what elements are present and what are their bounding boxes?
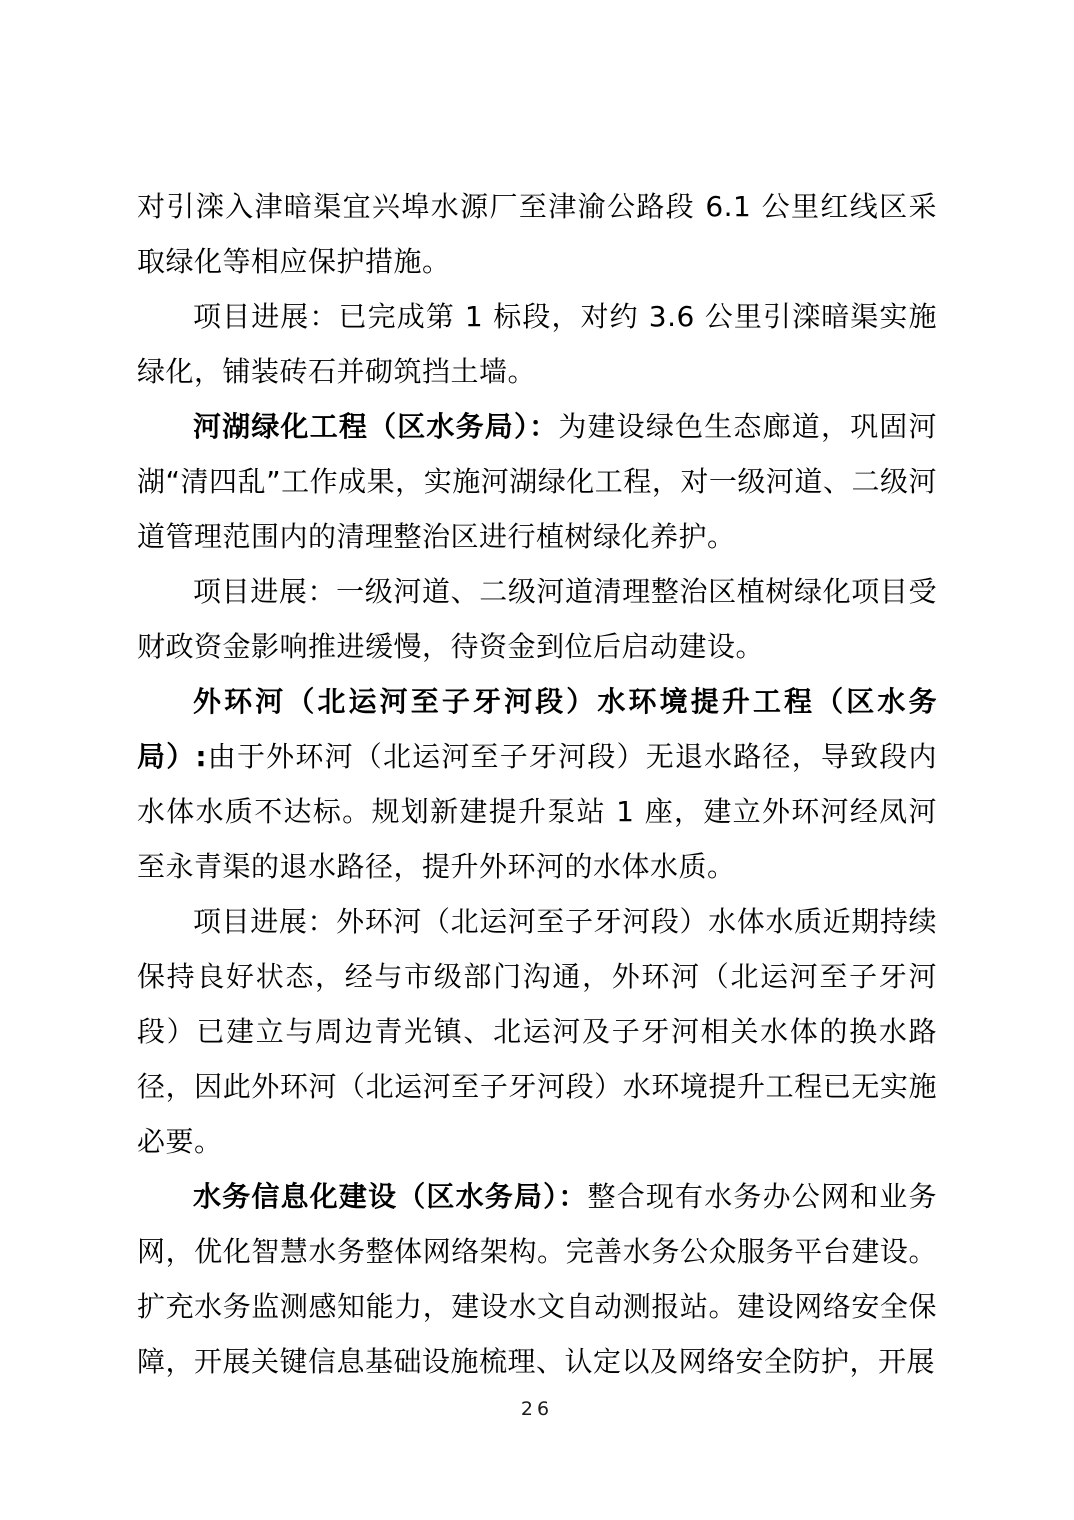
paragraph-lead: 水务信息化建设（区水务局）： <box>193 1180 588 1213</box>
paragraph-project-river-lake-greening: 河湖绿化工程（区水务局）：为建设绿色生态廊道，巩固河湖“清四乱”工作成果，实施河… <box>137 399 937 564</box>
paragraph-text: 项目进展：外环河（北运河至子牙河段）水体水质近期持续保持良好状态，经与市级部门沟… <box>137 905 937 1158</box>
paragraph-continuation: 对引滦入津暗渠宜兴埠水源厂至津渝公路段 6.1 公里红线区采取绿化等相应保护措施… <box>137 179 937 289</box>
paragraph-lead: 河湖绿化工程（区水务局）： <box>193 410 558 443</box>
document-page: 对引滦入津暗渠宜兴埠水源厂至津渝公路段 6.1 公里红线区采取绿化等相应保护措施… <box>0 0 1074 1520</box>
paragraph-text: 项目进展：一级河道、二级河道清理整治区植树绿化项目受财政资金影响推进缓慢，待资金… <box>137 575 937 663</box>
page-number: 26 <box>0 1398 1074 1420</box>
paragraph-progress: 项目进展：已完成第 1 标段，对约 3.6 公里引滦暗渠实施绿化，铺装砖石并砌筑… <box>137 289 937 399</box>
paragraph-text: 由于外环河（北运河至子牙河段）无退水路径，导致段内水体水质不达标。规划新建提升泵… <box>137 740 937 883</box>
paragraph-progress: 项目进展：外环河（北运河至子牙河段）水体水质近期持续保持良好状态，经与市级部门沟… <box>137 894 937 1169</box>
paragraph-text: 项目进展：已完成第 1 标段，对约 3.6 公里引滦暗渠实施绿化，铺装砖石并砌筑… <box>137 300 937 388</box>
paragraph-project-water-informatization: 水务信息化建设（区水务局）：整合现有水务办公网和业务网，优化智慧水务整体网络架构… <box>137 1169 937 1389</box>
paragraph-text: 对引滦入津暗渠宜兴埠水源厂至津渝公路段 6.1 公里红线区采取绿化等相应保护措施… <box>137 190 937 278</box>
paragraph-progress: 项目进展：一级河道、二级河道清理整治区植树绿化项目受财政资金影响推进缓慢，待资金… <box>137 564 937 674</box>
paragraph-project-outer-ring-river: 外环河（北运河至子牙河段）水环境提升工程（区水务局）:由于外环河（北运河至子牙河… <box>137 674 937 894</box>
document-body: 对引滦入津暗渠宜兴埠水源厂至津渝公路段 6.1 公里红线区采取绿化等相应保护措施… <box>137 179 937 1389</box>
